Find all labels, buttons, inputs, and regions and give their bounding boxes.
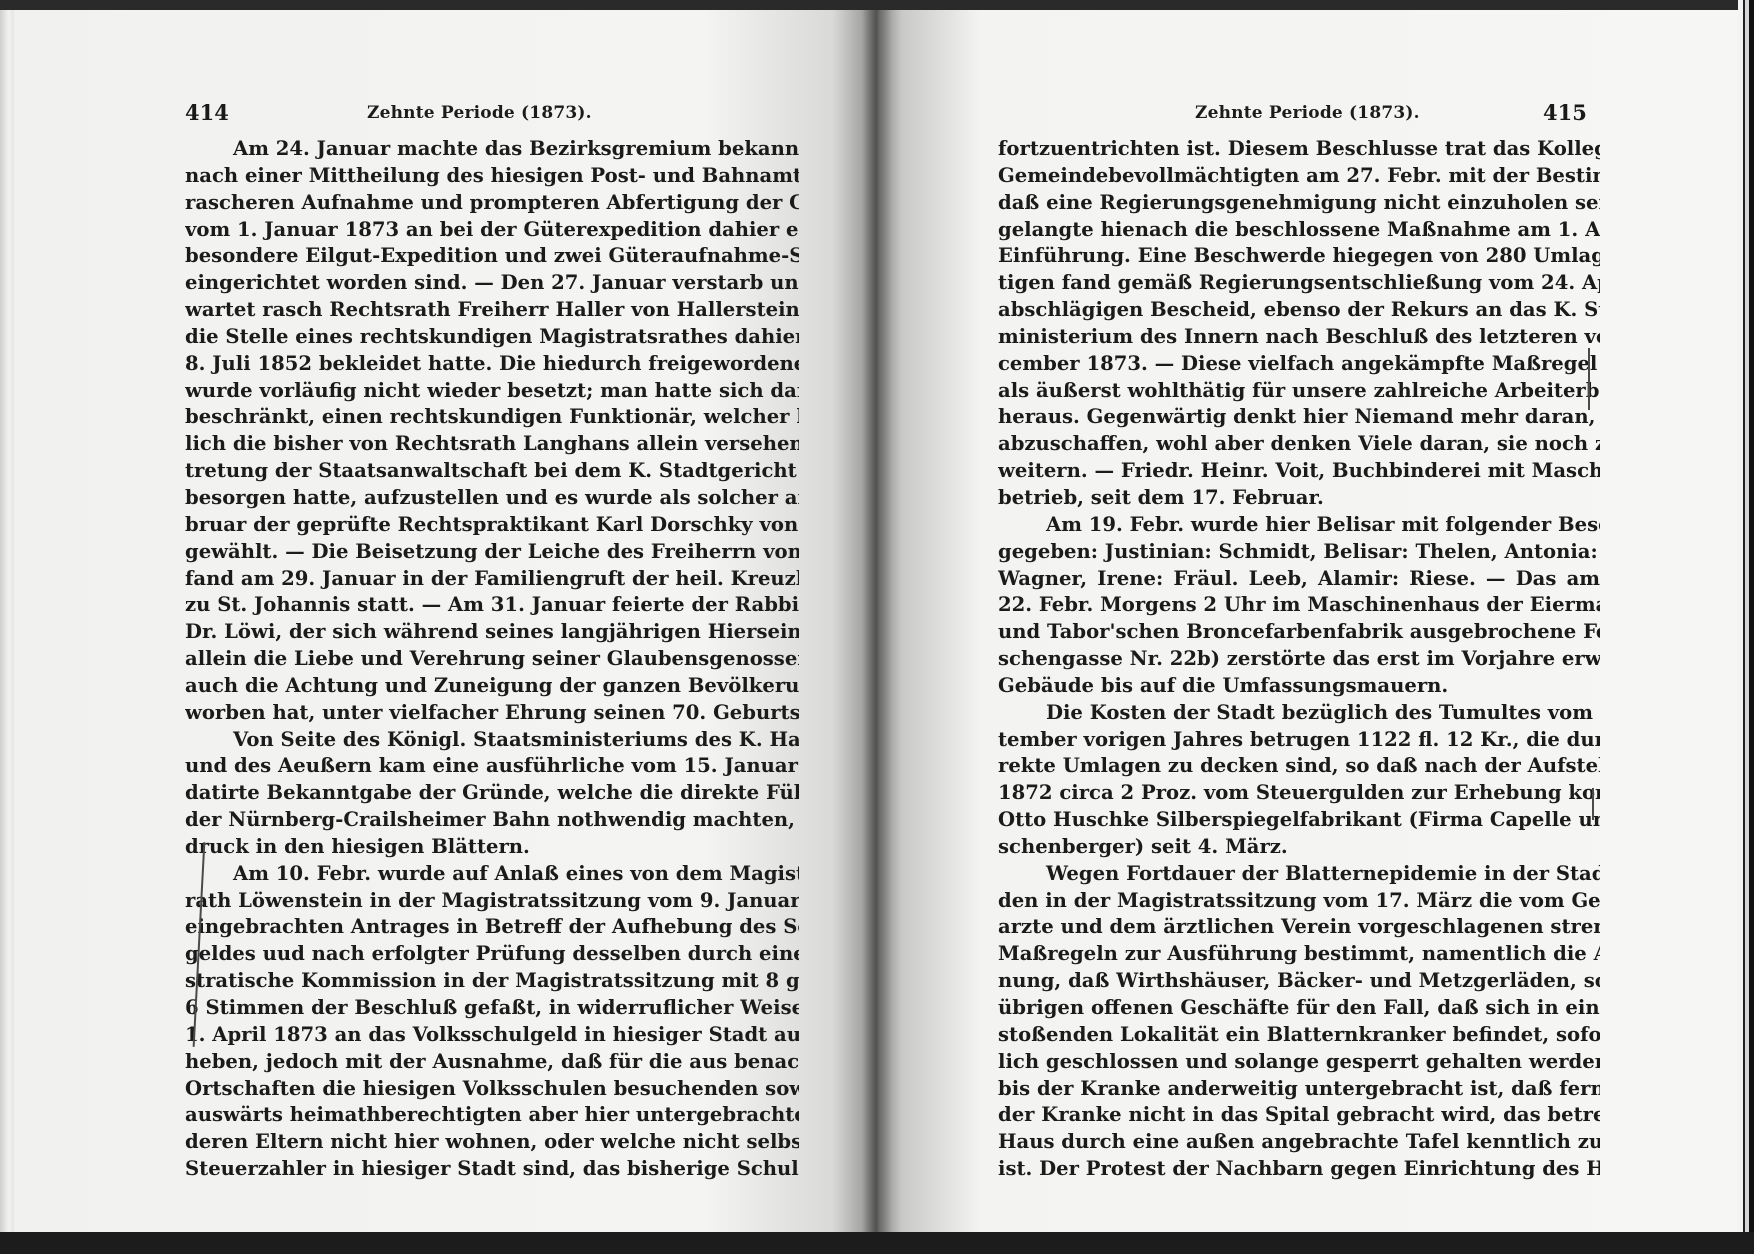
text-line: tigen fand gemäß Regierungsentschließung… — [998, 270, 1600, 297]
left-running-head: Zehnte Periode (1873). — [367, 103, 592, 123]
text-line: allein die Liebe und Verehrung seiner Gl… — [185, 646, 799, 673]
text-line: Einführung. Eine Beschwerde hiegegen von… — [998, 243, 1600, 270]
right-page-body: fortzuentrichten ist. Diesem Beschlusse … — [998, 136, 1600, 1183]
text-line: worben hat, unter vielfacher Ehrung sein… — [185, 700, 799, 727]
text-line: Wegen Fortdauer der Blatternepidemie in … — [998, 861, 1600, 888]
text-line: eingerichtet worden sind. — Den 27. Janu… — [185, 270, 799, 297]
text-line: und Tabor'schen Broncefarbenfabrik ausge… — [998, 619, 1600, 646]
text-line: datirte Bekanntgabe der Gründe, welche d… — [185, 780, 799, 807]
text-line: gegeben: Justinian: Schmidt, Belisar: Th… — [998, 539, 1600, 566]
text-line: der Kranke nicht in das Spital gebracht … — [998, 1102, 1600, 1129]
text-line: besondere Eilgut-Expedition und zwei Güt… — [185, 243, 799, 270]
text-line: die Stelle eines rechtskundigen Magistra… — [185, 324, 799, 351]
text-line: ministerium des Innern nach Beschluß des… — [998, 324, 1600, 351]
text-line: gewählt. — Die Beisetzung der Leiche des… — [185, 539, 799, 566]
text-line: auch die Achtung und Zuneigung der ganze… — [185, 673, 799, 700]
text-line: rath Löwenstein in der Magistratssitzung… — [185, 888, 799, 915]
text-line: lich die bisher von Rechtsrath Langhans … — [185, 431, 799, 458]
scanner-right-frame — [1738, 0, 1754, 1254]
left-page-number: 414 — [185, 100, 229, 125]
text-line: arzte und dem ärztlichen Verein vorgesch… — [998, 914, 1600, 941]
text-line: Haus durch eine außen angebrachte Tafel … — [998, 1129, 1600, 1156]
text-line: 1. April 1873 an das Volksschulgeld in h… — [185, 1022, 799, 1049]
right-running-head: Zehnte Periode (1873). — [1195, 103, 1420, 123]
book-scan: 414 Zehnte Periode (1873). Zehnte Period… — [0, 0, 1754, 1254]
text-line: nach einer Mittheilung des hiesigen Post… — [185, 163, 799, 190]
text-line: Ortschaften die hiesigen Volksschulen be… — [185, 1076, 799, 1103]
text-line: lich geschlossen und solange gesperrt ge… — [998, 1049, 1600, 1076]
text-line: Am 10. Febr. wurde auf Anlaß eines von d… — [185, 861, 799, 888]
text-line: fortzuentrichten ist. Diesem Beschlusse … — [998, 136, 1600, 163]
text-line: tretung der Staatsanwaltschaft bei dem K… — [185, 458, 799, 485]
text-line: bis der Kranke anderweitig untergebracht… — [998, 1076, 1600, 1103]
text-line: beschränkt, einen rechtskundigen Funktio… — [185, 404, 799, 431]
text-line: besorgen hatte, aufzustellen und es wurd… — [185, 485, 799, 512]
text-line: Von Seite des Königl. Staatsministeriums… — [185, 727, 799, 754]
text-line: 1872 circa 2 Proz. vom Steuergulden zur … — [998, 780, 1600, 807]
text-line: abschlägigen Bescheid, ebenso der Rekurs… — [998, 297, 1600, 324]
text-line: nung, daß Wirthshäuser, Bäcker- und Metz… — [998, 968, 1600, 995]
text-line: fand am 29. Januar in der Familiengruft … — [185, 566, 799, 593]
text-line: zu St. Johannis statt. — Am 31. Januar f… — [185, 592, 799, 619]
scanner-top-edge — [0, 0, 1754, 10]
text-line: Maßregeln zur Ausführung bestimmt, namen… — [998, 941, 1600, 968]
text-line: stoßenden Lokalität ein Blatternkranker … — [998, 1022, 1600, 1049]
text-line: und des Aeußern kam eine ausführliche vo… — [185, 753, 799, 780]
text-line: rekte Umlagen zu decken sind, so daß nac… — [998, 753, 1600, 780]
text-line: bruar der geprüfte Rechtspraktikant Karl… — [185, 512, 799, 539]
text-line: Dr. Löwi, der sich während seines langjä… — [185, 619, 799, 646]
text-line: Wagner, Irene: Fräul. Leeb, Alamir: Ries… — [998, 566, 1600, 593]
text-line: schenberger) seit 4. März. — [998, 834, 1600, 861]
text-line: 22. Febr. Morgens 2 Uhr im Maschinenhaus… — [998, 592, 1600, 619]
text-line: Am 24. Januar machte das Bezirksgremium … — [185, 136, 799, 163]
text-line: tember vorigen Jahres betrugen 1122 fl. … — [998, 727, 1600, 754]
left-page-body: Am 24. Januar machte das Bezirksgremium … — [185, 136, 799, 1183]
text-line: betrieb, seit dem 17. Februar. — [998, 485, 1600, 512]
text-line: daß eine Regierungsgenehmigung nicht ein… — [998, 190, 1600, 217]
text-line: übrigen offenen Geschäfte für den Fall, … — [998, 995, 1600, 1022]
text-line: als äußerst wohlthätig für unsere zahlre… — [998, 378, 1600, 405]
text-line: Am 19. Febr. wurde hier Belisar mit folg… — [998, 512, 1600, 539]
text-line: deren Eltern nicht hier wohnen, oder wel… — [185, 1129, 799, 1156]
text-line: geldes uud nach erfolgter Prüfung dessel… — [185, 941, 799, 968]
text-line: abzuschaffen, wohl aber denken Viele dar… — [998, 431, 1600, 458]
text-line: rascheren Aufnahme und prompteren Abfert… — [185, 190, 799, 217]
text-line: wartet rasch Rechtsrath Freiherr Haller … — [185, 297, 799, 324]
text-line: heraus. Gegenwärtig denkt hier Niemand m… — [998, 404, 1600, 431]
text-line: auswärts heimathberechtigten aber hier u… — [185, 1102, 799, 1129]
text-line: Steuerzahler in hiesiger Stadt sind, das… — [185, 1156, 799, 1183]
text-line: wurde vorläufig nicht wieder besetzt; ma… — [185, 378, 799, 405]
text-line: der Nürnberg-Crailsheimer Bahn nothwendi… — [185, 807, 799, 834]
text-line: cember 1873. — Diese vielfach angekämpft… — [998, 351, 1600, 378]
pencil-margin-mark — [1592, 788, 1594, 820]
text-line: 6 Stimmen der Beschluß gefaßt, in widerr… — [185, 995, 799, 1022]
text-line: eingebrachten Antrages in Betreff der Au… — [185, 914, 799, 941]
text-line: den in der Magistratssitzung vom 17. Mär… — [998, 888, 1600, 915]
text-line: vom 1. Januar 1873 an bei der Güterexped… — [185, 217, 799, 244]
text-line: ist. Der Protest der Nachbarn gegen Einr… — [998, 1156, 1600, 1183]
text-line: 8. Juli 1852 bekleidet hatte. Die hiedur… — [185, 351, 799, 378]
text-line: heben, jedoch mit der Ausnahme, daß für … — [185, 1049, 799, 1076]
text-line: druck in den hiesigen Blättern. — [185, 834, 799, 861]
text-line: schengasse Nr. 22b) zerstörte das erst i… — [998, 646, 1600, 673]
book-left-edge — [0, 10, 14, 1232]
book-gutter — [862, 10, 892, 1232]
right-page-number: 415 — [1543, 100, 1587, 125]
text-line: Otto Huschke Silberspiegelfabrikant (Fir… — [998, 807, 1600, 834]
text-line: Die Kosten der Stadt bezüglich des Tumul… — [998, 700, 1600, 727]
text-line: weitern. — Friedr. Heinr. Voit, Buchbind… — [998, 458, 1600, 485]
text-line: stratische Kommission in der Magistratss… — [185, 968, 799, 995]
text-line: Gemeindebevollmächtigten am 27. Febr. mi… — [998, 163, 1600, 190]
text-line: gelangte hienach die beschlossene Maßnah… — [998, 217, 1600, 244]
text-line: Gebäude bis auf die Umfassungsmauern. — [998, 673, 1600, 700]
pencil-margin-mark — [1588, 348, 1590, 410]
scanner-bottom-edge — [0, 1232, 1754, 1254]
